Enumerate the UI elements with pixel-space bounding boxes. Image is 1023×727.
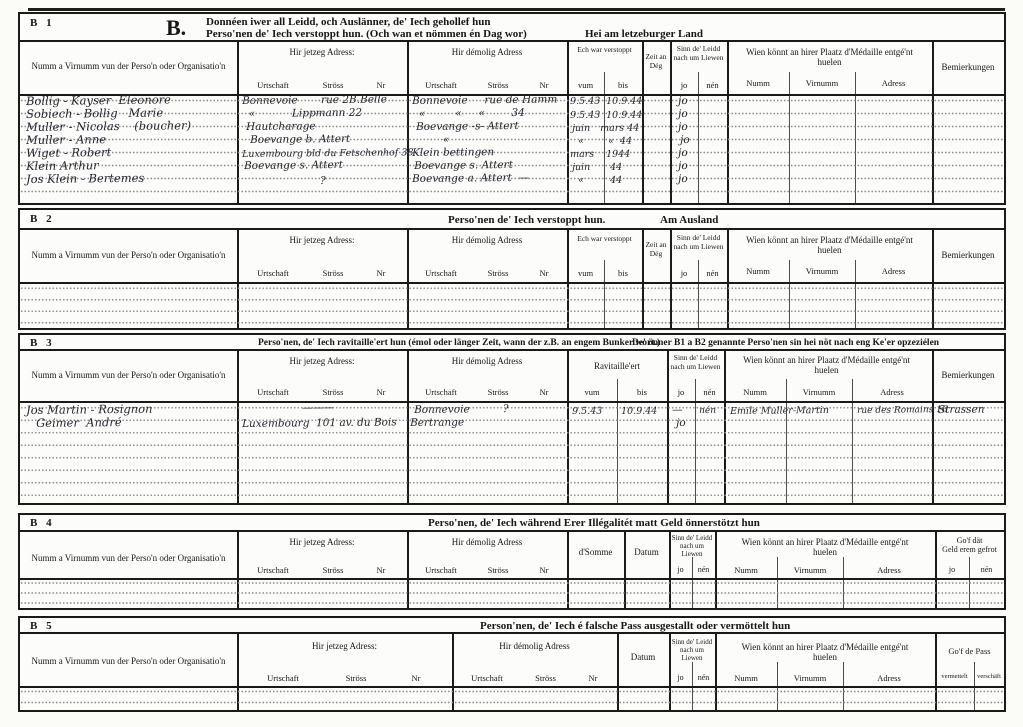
sub-jo: jo bbox=[667, 387, 695, 397]
sub-urtschaft: Urtschaft bbox=[241, 387, 305, 397]
col-header-name: Numm a Virnumm vun der Perso'n oder Orga… bbox=[24, 656, 233, 666]
sub-nr: Nr bbox=[524, 268, 564, 278]
col-header-medaille: Wien könnt an hirer Plaatz d'Médaille en… bbox=[730, 642, 920, 662]
sub-urtschaft: Urtschaft bbox=[241, 80, 305, 90]
col-header-sinn: Sinn de' Leidd nach um Liewen bbox=[669, 638, 715, 662]
col-subheader-medaille: Numm Virnumm Adress bbox=[724, 387, 932, 397]
section-b2-body bbox=[20, 282, 1004, 328]
entry-jetzeg-adress: Bonnevoie rue 2B.Belle bbox=[242, 94, 387, 107]
col-subheader-jetzeg: Urtschaft Ströss Nr bbox=[245, 673, 445, 683]
sub-nr: Nr bbox=[524, 387, 564, 397]
sub-numm: Numm bbox=[715, 565, 777, 575]
sub-adress: Adress bbox=[843, 565, 935, 575]
section-b4-title: Perso'nen, de' Iech während Erer Illégal… bbox=[428, 517, 760, 529]
entry-jo: jo bbox=[680, 135, 690, 146]
col-subheader-jetzeg: Urtschaft Ströss Nr bbox=[241, 80, 403, 90]
col-header-demolig-adress: Hir démolig Adress bbox=[407, 47, 567, 57]
section-b3-label: B 3 bbox=[30, 337, 55, 349]
col-header-demolig-adress: Hir démolig Adress bbox=[452, 641, 617, 651]
col-subheader-demolig: Urtschaft Ströss Nr bbox=[410, 80, 564, 90]
sub-virnumm: Virnumm bbox=[786, 387, 852, 397]
entry-bis: 44 bbox=[610, 175, 622, 186]
sub-urtschaft: Urtschaft bbox=[410, 268, 472, 278]
section-b2: B 2 Perso'nen de' Iech verstoppt hun. Am… bbox=[18, 208, 1006, 330]
entry-bis: « 44 bbox=[608, 136, 632, 147]
entry-vum: « bbox=[572, 136, 584, 147]
sub-nr: Nr bbox=[361, 268, 401, 278]
section-b1-body: Bollig - Kayser Eleonore Bonnevoie rue 2… bbox=[20, 94, 1004, 203]
sub-nen: nén bbox=[692, 673, 715, 682]
sub-bis: bis bbox=[604, 268, 642, 278]
sub-virnumm: Virnumm bbox=[789, 266, 855, 276]
col-subheader-demolig: Urtschaft Ströss Nr bbox=[456, 673, 613, 683]
entry-demolig-adress: Boevange -s- Attert bbox=[416, 121, 519, 133]
scanned-form-page: B 1 B. Donnéen iwer all Leidd, och Auslä… bbox=[0, 0, 1023, 727]
col-subheader-jetzeg: Urtschaft Ströss Nr bbox=[241, 565, 403, 575]
entry-jo: jo bbox=[678, 109, 688, 120]
entry-jo: jo bbox=[678, 122, 688, 133]
sub-jo: jo bbox=[669, 565, 692, 574]
col-header-bemierkungen: Bemierkungen bbox=[932, 370, 1004, 380]
entry-vum: juin bbox=[572, 162, 590, 173]
section-b4-label: B 4 bbox=[30, 517, 55, 529]
sub-nr: Nr bbox=[361, 387, 401, 397]
sub-urtschaft: Urtschaft bbox=[410, 565, 472, 575]
sub-vermettelt: vermettelt bbox=[935, 673, 974, 680]
entry-name: Muller - Anne bbox=[26, 134, 106, 146]
sub-nr: Nr bbox=[524, 565, 564, 575]
section-b5-body bbox=[20, 686, 1004, 710]
entry-jetzeg-adress: Boevange b. Attert bbox=[250, 134, 350, 146]
section-b1-label: B 1 bbox=[30, 17, 55, 29]
col-subheader-demolig: Urtschaft Ströss Nr bbox=[410, 387, 564, 397]
col-subheader-medaille: Numm Virnumm Adress bbox=[727, 266, 932, 276]
entry-jetzeg-adress: Hautcharage bbox=[246, 121, 316, 133]
entry-bis: mars 44 bbox=[600, 123, 639, 134]
sub-stross: Ströss bbox=[321, 673, 391, 683]
col-header-datum: Datum bbox=[617, 652, 669, 662]
sub-stross: Ströss bbox=[305, 80, 361, 90]
entry-jetzeg-adress: Luxembourg 101 av. du Bois bbox=[242, 417, 397, 430]
section-b1-title-line3: Hei am letzeburger Land bbox=[585, 28, 703, 40]
sub-jo: jo bbox=[669, 673, 692, 682]
sub-vum: vum bbox=[567, 80, 604, 90]
col-header-jetzeg-adress: Hir jetzeg Adress: bbox=[237, 641, 452, 651]
col-header-demolig-adress: Hir démolig Adress bbox=[407, 235, 567, 245]
entry-jo: jo bbox=[678, 96, 688, 107]
col-header-sinn: Sinn de' Leidd nach um Liewen bbox=[670, 234, 727, 251]
sub-adress: Adress bbox=[852, 387, 932, 397]
sub-numm: Numm bbox=[724, 387, 786, 397]
col-header-verstoppt: Ech war verstoppt bbox=[567, 234, 642, 244]
col-header-gof-geld: Go'f dätGeld erem gefrot bbox=[935, 536, 1004, 554]
sub-bis: bis bbox=[617, 387, 667, 397]
sub-nr: Nr bbox=[524, 80, 564, 90]
col-header-bemierkungen: Bemierkungen bbox=[932, 62, 1004, 72]
entry-bis: 44 bbox=[610, 162, 622, 173]
entry-jetzeg-adress: ——— bbox=[302, 403, 334, 414]
entry-demolig-adress: Bertrange bbox=[410, 417, 464, 429]
sub-jo: jo bbox=[935, 565, 969, 574]
sub-nen: nén bbox=[698, 268, 727, 278]
sub-virnumm: Virnumm bbox=[777, 673, 843, 683]
entry-vum: 9.5.43 bbox=[570, 110, 600, 121]
entry-jo: — bbox=[672, 405, 683, 416]
entry-name: Jos Martin - Rosignon bbox=[26, 404, 152, 416]
col-header-demolig-adress: Hir démolig Adress bbox=[407, 537, 567, 547]
entry-demolig-adress: Klein bettingen bbox=[412, 147, 494, 159]
col-header-name: Numm a Virnumm vun der Perso'n oder Orga… bbox=[24, 250, 233, 260]
col-subheader-medaille: Numm Virnumm Adress bbox=[715, 565, 935, 575]
entry-bis: 10.9.44 bbox=[606, 96, 642, 107]
col-header-somme: d'Somme bbox=[567, 547, 624, 557]
form-letter: B. bbox=[166, 15, 186, 41]
scan-edge-line bbox=[28, 8, 1005, 11]
entry-demolig-adress: Bonnevoie ? bbox=[414, 404, 509, 416]
col-header-jetzeg-adress: Hir jetzeg Adress: bbox=[237, 356, 407, 366]
sub-nr: Nr bbox=[573, 673, 613, 683]
col-header-jetzeg-adress: Hir jetzeg Adress: bbox=[237, 537, 407, 547]
entry-name: Wiget - Robert bbox=[26, 147, 111, 159]
col-header-zeit: Zeit an Dég bbox=[642, 52, 670, 70]
entry-vum: juin bbox=[572, 123, 590, 134]
col-header-verstoppt: Ech war verstoppt bbox=[567, 45, 642, 55]
col-subheader-jetzeg: Urtschaft Ströss Nr bbox=[241, 268, 403, 278]
entry-vum: 9.5.43 bbox=[572, 406, 602, 417]
entry-jetzeg-adress: Luxembourg bld du Fetschenhof 38 bbox=[242, 147, 414, 160]
col-header-medaille: Wien könnt an hirer Plaatz d'Médaille en… bbox=[737, 235, 922, 255]
col-header-name: Numm a Virnumm vun der Perso'n oder Orga… bbox=[24, 553, 233, 563]
entry-demolig-adress: « bbox=[416, 135, 449, 146]
entry-vum: 9.5.43 bbox=[570, 96, 600, 107]
entry-jetzeg-adress: ? bbox=[320, 176, 326, 187]
col-header-demolig-adress: Hir démolig Adress bbox=[407, 356, 567, 366]
col-header-medaille: Wien könnt an hirer Plaatz d'Médaille en… bbox=[734, 355, 919, 375]
entry-jetzeg-adress: « Lippmann 22 bbox=[242, 108, 362, 120]
section-b3-body: Jos Martin - Rosignon ——— Bonnevoie ? 9.… bbox=[20, 401, 1004, 503]
sub-nr: Nr bbox=[361, 80, 401, 90]
section-b5-label: B 5 bbox=[30, 620, 55, 632]
sub-stross: Ströss bbox=[305, 387, 361, 397]
section-b5-title: Person'nen, de' Iech é falsche Pass ausg… bbox=[480, 620, 790, 632]
sub-verschaft: verschäft bbox=[974, 673, 1004, 680]
section-b4-inner: B 4 Perso'nen, de' Iech während Erer Ill… bbox=[20, 515, 1004, 608]
entry-name: Muller - Nicolas (boucher) bbox=[26, 120, 191, 133]
col-subheader-medaille: Numm Virnumm Adress bbox=[727, 78, 932, 88]
col-header-bemierkungen: Bemierkungen bbox=[932, 250, 1004, 260]
section-b5: B 5 Person'nen, de' Iech é falsche Pass … bbox=[18, 616, 1006, 712]
entry-demolig-adress: Boevange a. Attert — bbox=[412, 173, 529, 185]
sub-urtschaft: Urtschaft bbox=[456, 673, 518, 683]
sub-numm: Numm bbox=[715, 673, 777, 683]
sub-virnumm: Virnumm bbox=[777, 565, 843, 575]
col-header-jetzeg-adress: Hir jetzeg Adress: bbox=[237, 47, 407, 57]
col-header-medaille: Wien könnt an hirer Plaatz d'Médaille en… bbox=[730, 537, 920, 557]
col-header-sinn: Sinn de' Leidd nach um Liewen bbox=[670, 45, 727, 62]
sub-stross: Ströss bbox=[518, 673, 573, 683]
section-b4: B 4 Perso'nen, de' Iech während Erer Ill… bbox=[18, 513, 1006, 610]
section-b2-inner: B 2 Perso'nen de' Iech verstoppt hun. Am… bbox=[20, 210, 1004, 328]
entry-jetzeg-adress: Boevange s. Attert bbox=[244, 160, 343, 172]
sub-numm: Numm bbox=[727, 266, 789, 276]
col-header-datum: Datum bbox=[624, 547, 669, 557]
sub-nen: nén bbox=[692, 565, 715, 574]
col-header-name: Numm a Virnumm vun der Perso'n oder Orga… bbox=[24, 370, 233, 380]
col-header-name: Numm a Virnumm vun der Perso'n oder Orga… bbox=[24, 61, 233, 71]
entry-name: Klein Arthur bbox=[26, 160, 99, 172]
section-b3-title: Perso'nen, de' Iech ravitaille'ert hun (… bbox=[258, 338, 660, 348]
sub-urtschaft: Urtschaft bbox=[241, 268, 305, 278]
section-b1-title-line2: Perso'nen de' Iech verstoppt hun. (Och w… bbox=[206, 28, 527, 40]
sub-bis: bis bbox=[604, 80, 642, 90]
sub-stross: Ströss bbox=[305, 268, 361, 278]
sub-vum: vum bbox=[567, 387, 617, 397]
col-header-gof-pass: Go'f de Pass bbox=[935, 646, 1004, 656]
entry-demolig-adress: Bonnevoie rue de Hamm bbox=[412, 94, 557, 107]
col-subheader-demolig: Urtschaft Ströss Nr bbox=[410, 565, 564, 575]
sub-jo: jo bbox=[670, 268, 698, 278]
entry-vum: mars bbox=[570, 149, 594, 160]
section-b1-inner: B 1 B. Donnéen iwer all Leidd, och Auslä… bbox=[20, 14, 1004, 203]
sub-adress: Adress bbox=[843, 673, 935, 683]
entry-medal-adress: rue des Romains 16 bbox=[857, 405, 948, 417]
entry-name: Geimer André bbox=[36, 417, 122, 429]
entry-bis: 1944 bbox=[606, 149, 630, 160]
sub-nen: nén bbox=[969, 565, 1004, 574]
col-header-zeit: Zeit an Dég bbox=[642, 240, 670, 258]
sub-nr: Nr bbox=[391, 673, 441, 683]
entry-jo: jo bbox=[678, 148, 688, 159]
sub-stross: Ströss bbox=[472, 268, 524, 278]
sub-adress: Adress bbox=[855, 78, 932, 88]
col-header-sinn: Sinn de' Leidd nach um Liewen bbox=[667, 354, 724, 371]
sub-nr: Nr bbox=[361, 565, 401, 575]
sub-nen: nén bbox=[695, 387, 724, 397]
sub-numm: Numm bbox=[727, 78, 789, 88]
sub-vum: vum bbox=[567, 268, 604, 278]
col-subheader-demolig: Urtschaft Ströss Nr bbox=[410, 268, 564, 278]
entry-name: Jos Klein - Bertemes bbox=[26, 173, 144, 185]
sub-urtschaft: Urtschaft bbox=[245, 673, 321, 683]
section-b1-title-line1: Donnéen iwer all Leidd, och Auslänner, d… bbox=[206, 16, 491, 28]
section-b3: B 3 Perso'nen, de' Iech ravitaille'ert h… bbox=[18, 333, 1006, 505]
entry-jo: jo bbox=[678, 174, 688, 185]
sub-jo: jo bbox=[670, 80, 698, 90]
section-b4-body bbox=[20, 578, 1004, 608]
sub-urtschaft: Urtschaft bbox=[241, 565, 305, 575]
col-header-medaille: Wien könnt an hirer Plaatz d'Médaille en… bbox=[737, 47, 922, 67]
section-b3-title-2: De' önner B1 a B2 genannte Perso'nen sin… bbox=[632, 338, 939, 348]
col-header-sinn: Sinn de' Leidd nach um Liewen bbox=[669, 534, 715, 558]
sub-stross: Ströss bbox=[472, 387, 524, 397]
entry-medal-name: Emile Muller-Martin bbox=[730, 405, 829, 417]
section-b2-label: B 2 bbox=[30, 213, 55, 225]
entry-bemierkungen: Strassen bbox=[938, 405, 985, 416]
section-b1: B 1 B. Donnéen iwer all Leidd, och Auslä… bbox=[18, 12, 1006, 205]
entry-jo: jo bbox=[678, 161, 688, 172]
col-subheader-gof-pass: vermettelt verschäft bbox=[935, 673, 1004, 680]
section-b5-inner: B 5 Person'nen, de' Iech é falsche Pass … bbox=[20, 618, 1004, 710]
entry-bis: 10.9.44 bbox=[621, 406, 657, 417]
sub-stross: Ströss bbox=[472, 80, 524, 90]
section-b2-title: Perso'nen de' Iech verstoppt hun. bbox=[448, 214, 605, 226]
col-subheader-medaille: Numm Virnumm Adress bbox=[715, 673, 935, 683]
sub-virnumm: Virnumm bbox=[789, 78, 855, 88]
sub-urtschaft: Urtschaft bbox=[410, 387, 472, 397]
sub-adress: Adress bbox=[855, 266, 932, 276]
entry-bis: 10.9.44 bbox=[606, 110, 642, 121]
sub-nen: nén bbox=[698, 80, 727, 90]
col-header-ravitailleert: Ravitaille'ert bbox=[567, 361, 667, 371]
sub-urtschaft: Urtschaft bbox=[410, 80, 472, 90]
entry-demolig-adress: Boevange s. Attert bbox=[414, 160, 513, 172]
sub-stross: Ströss bbox=[472, 565, 524, 575]
col-header-jetzeg-adress: Hir jetzeg Adress: bbox=[237, 235, 407, 245]
entry-jo: jo bbox=[676, 418, 686, 429]
section-b2-title-2: Am Ausland bbox=[660, 214, 718, 226]
sub-stross: Ströss bbox=[305, 565, 361, 575]
entry-vum: « bbox=[572, 175, 584, 186]
entry-demolig-adress: « « « 34 bbox=[412, 108, 525, 120]
col-subheader-jetzeg: Urtschaft Ströss Nr bbox=[241, 387, 403, 397]
section-b3-inner: B 3 Perso'nen, de' Iech ravitaille'ert h… bbox=[20, 335, 1004, 503]
entry-nen: nén bbox=[699, 406, 716, 417]
